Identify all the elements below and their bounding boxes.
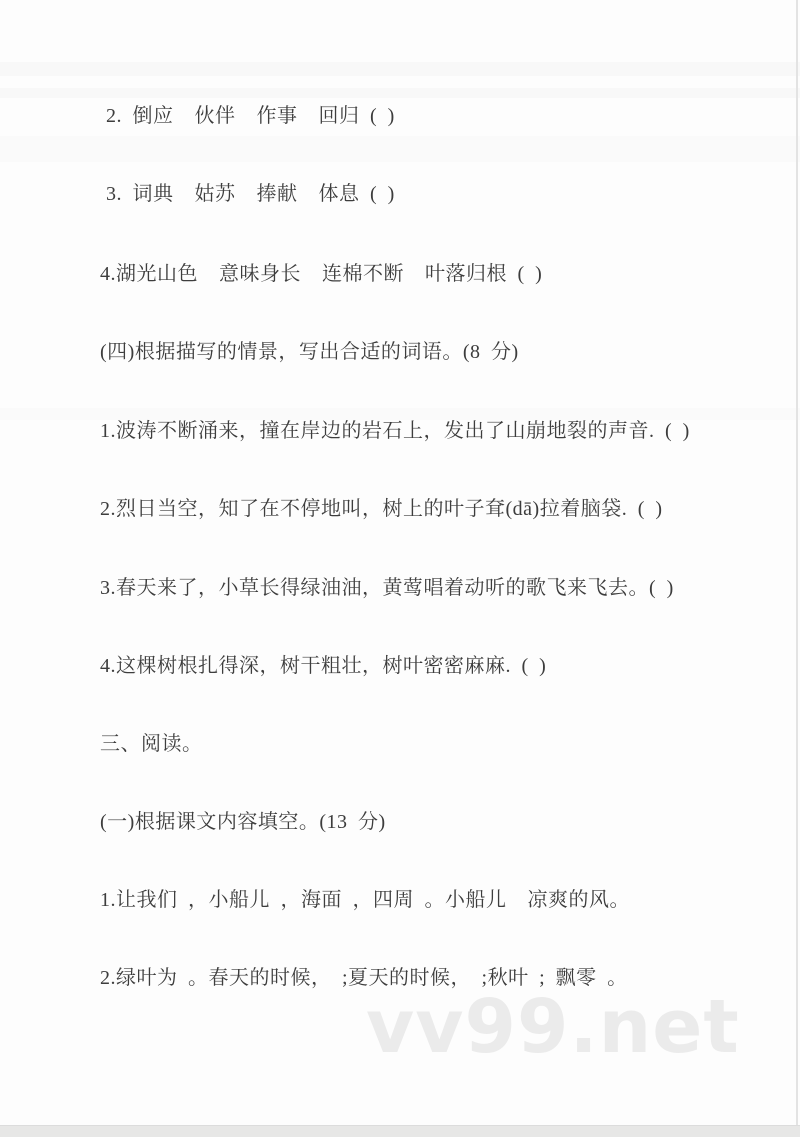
reading-one-header: (一)根据课文内容填空。(13 分)	[100, 810, 386, 834]
section-four-item-4: 4.这棵树根扎得深，树干粗壮，树叶密密麻麻. ( )	[100, 654, 546, 678]
scan-artifact-band	[0, 136, 800, 162]
document-page: 2. 倒应 伙伴 作事 回归 ( ) 3. 词典 姑苏 捧献 体息 ( ) 4.…	[0, 0, 800, 1137]
page-edge-bottom	[0, 1125, 800, 1137]
word-check-item-3: 3. 词典 姑苏 捧献 体息 ( )	[106, 182, 395, 206]
section-four-item-3: 3.春天来了，小草长得绿油油，黄莺唱着动听的歌飞来飞去。( )	[100, 576, 674, 600]
page-edge-right	[796, 0, 798, 1137]
scan-artifact-band	[0, 88, 800, 98]
section-four-header: (四)根据描写的情景，写出合适的词语。(8 分)	[100, 340, 519, 364]
scan-artifact-band	[0, 62, 800, 76]
section-four-item-1: 1.波涛不断涌来，撞在岸边的岩石上，发出了山崩地裂的声音. ( )	[100, 419, 690, 443]
part-three-header: 三、阅读。	[100, 732, 203, 756]
word-check-item-4: 4.湖光山色 意味身长 连棉不断 叶落归根 ( )	[100, 262, 542, 286]
reading-one-item-2: 2.绿叶为 。春天的时候， ;夏天的时候， ;秋叶 ; 飘零 。	[100, 966, 628, 990]
word-check-item-2: 2. 倒应 伙伴 作事 回归 ( )	[106, 104, 395, 128]
site-watermark: vv99.net	[366, 992, 740, 1062]
reading-one-item-1: 1.让我们 ，小船儿 ，海面 ，四周 。小船儿 凉爽的风。	[100, 888, 630, 912]
section-four-item-2: 2.烈日当空，知了在不停地叫，树上的叶子耷(dā)拉着脑袋. ( )	[100, 497, 663, 521]
